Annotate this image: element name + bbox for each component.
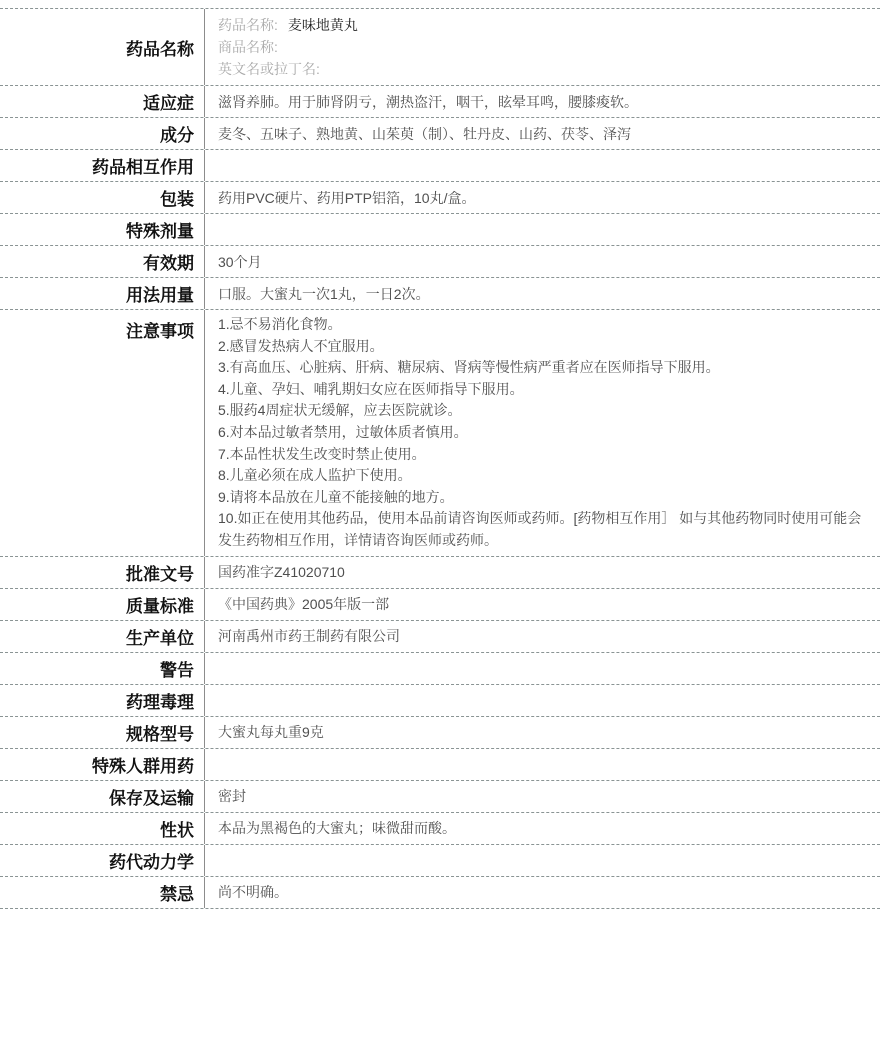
table-row-dosage-usage: 用法用量 口服。大蜜丸一次1丸，一日2次。 bbox=[0, 277, 880, 309]
row-value: 麦冬、五味子、熟地黄、山茱萸（制）、牡丹皮、山药、茯苓、泽泻 bbox=[205, 118, 880, 149]
row-label: 性状 bbox=[0, 813, 205, 844]
row-value: 大蜜丸每丸重9克 bbox=[205, 717, 880, 748]
table-row-drug-name: 药品名称 药品名称:麦味地黄丸 商品名称: 英文名或拉丁名: bbox=[0, 8, 880, 85]
row-value: 密封 bbox=[205, 781, 880, 812]
precaution-item: 7.本品性状发生改变时禁止使用。 bbox=[218, 444, 866, 466]
row-value: 《中国药典》2005年版一部 bbox=[205, 589, 880, 620]
table-row-storage-transport: 保存及运输 密封 bbox=[0, 780, 880, 812]
table-row-description: 性状 本品为黑褐色的大蜜丸；味微甜而酸。 bbox=[0, 812, 880, 844]
table-row-warning: 警告 bbox=[0, 652, 880, 684]
table-row-quality-standard: 质量标准 《中国药典》2005年版一部 bbox=[0, 588, 880, 620]
row-label: 禁忌 bbox=[0, 877, 205, 908]
precaution-item: 3.有高血压、心脏病、肝病、糖尿病、肾病等慢性病严重者应在医师指导下服用。 bbox=[218, 357, 866, 379]
row-label: 药品名称 bbox=[0, 9, 205, 85]
precaution-item: 2.感冒发热病人不宜服用。 bbox=[218, 336, 866, 358]
row-value: 药用PVC硬片、药用PTP铝箔，10丸/盒。 bbox=[205, 182, 880, 213]
row-value: 1.忌不易消化食物。 2.感冒发热病人不宜服用。 3.有高血压、心脏病、肝病、糖… bbox=[205, 310, 880, 556]
row-label: 有效期 bbox=[0, 246, 205, 277]
drug-name-value: 麦味地黄丸 bbox=[288, 17, 358, 33]
precaution-item: 1.忌不易消化食物。 bbox=[218, 314, 866, 336]
row-label: 特殊人群用药 bbox=[0, 749, 205, 780]
row-value: 国药准字Z41020710 bbox=[205, 557, 880, 588]
row-label: 警告 bbox=[0, 653, 205, 684]
field-latin-name: 英文名或拉丁名: bbox=[218, 58, 866, 80]
table-row-shelf-life: 有效期 30个月 bbox=[0, 245, 880, 277]
table-row-approval-number: 批准文号 国药准字Z41020710 bbox=[0, 556, 880, 588]
row-value: 本品为黑褐色的大蜜丸；味微甜而酸。 bbox=[205, 813, 880, 844]
table-row-ingredients: 成分 麦冬、五味子、熟地黄、山茱萸（制）、牡丹皮、山药、茯苓、泽泻 bbox=[0, 117, 880, 149]
row-value bbox=[205, 845, 880, 876]
table-row-pharmacology-toxicology: 药理毒理 bbox=[0, 684, 880, 716]
row-label: 药理毒理 bbox=[0, 685, 205, 716]
table-row-pharmacokinetics: 药代动力学 bbox=[0, 844, 880, 876]
field-drug-name: 药品名称:麦味地黄丸 bbox=[218, 14, 866, 36]
row-value bbox=[205, 653, 880, 684]
row-label: 包装 bbox=[0, 182, 205, 213]
precaution-item: 8.儿童必须在成人监护下使用。 bbox=[218, 465, 866, 487]
table-row-indications: 适应症 滋肾养肺。用于肺肾阴亏，潮热盗汗，咽干，眩晕耳鸣，腰膝痠软。 bbox=[0, 85, 880, 117]
table-row-packaging: 包装 药用PVC硬片、药用PTP铝箔，10丸/盒。 bbox=[0, 181, 880, 213]
row-label: 药品相互作用 bbox=[0, 150, 205, 181]
row-value bbox=[205, 685, 880, 716]
drug-info-table: 药品名称 药品名称:麦味地黄丸 商品名称: 英文名或拉丁名: 适应症 滋肾养肺。… bbox=[0, 8, 880, 909]
precaution-item: 4.儿童、孕妇、哺乳期妇女应在医师指导下服用。 bbox=[218, 379, 866, 401]
row-value bbox=[205, 749, 880, 780]
table-row-manufacturer: 生产单位 河南禹州市药王制药有限公司 bbox=[0, 620, 880, 652]
table-row-drug-interactions: 药品相互作用 bbox=[0, 149, 880, 181]
row-label: 保存及运输 bbox=[0, 781, 205, 812]
row-value bbox=[205, 214, 880, 245]
field-key: 药品名称: bbox=[218, 17, 278, 33]
row-value: 河南禹州市药王制药有限公司 bbox=[205, 621, 880, 652]
row-label: 特殊剂量 bbox=[0, 214, 205, 245]
row-label: 规格型号 bbox=[0, 717, 205, 748]
row-label: 适应症 bbox=[0, 86, 205, 117]
table-row-special-dosage: 特殊剂量 bbox=[0, 213, 880, 245]
row-value: 口服。大蜜丸一次1丸，一日2次。 bbox=[205, 278, 880, 309]
precaution-item: 5.服药4周症状无缓解，应去医院就诊。 bbox=[218, 400, 866, 422]
row-label: 注意事项 bbox=[0, 310, 205, 556]
precaution-item: 9.请将本品放在儿童不能接触的地方。 bbox=[218, 487, 866, 509]
row-value: 药品名称:麦味地黄丸 商品名称: 英文名或拉丁名: bbox=[205, 9, 880, 85]
row-value: 30个月 bbox=[205, 246, 880, 277]
row-label: 生产单位 bbox=[0, 621, 205, 652]
row-label: 药代动力学 bbox=[0, 845, 205, 876]
row-label: 质量标准 bbox=[0, 589, 205, 620]
row-value: 滋肾养肺。用于肺肾阴亏，潮热盗汗，咽干，眩晕耳鸣，腰膝痠软。 bbox=[205, 86, 880, 117]
field-key: 商品名称: bbox=[218, 39, 278, 55]
row-value: 尚不明确。 bbox=[205, 877, 880, 908]
table-row-contraindications: 禁忌 尚不明确。 bbox=[0, 876, 880, 908]
field-key: 英文名或拉丁名: bbox=[218, 61, 320, 77]
row-label: 批准文号 bbox=[0, 557, 205, 588]
precaution-item: 10.如正在使用其他药品，使用本品前请咨询医师或药师。[药物相互作用］ 如与其他… bbox=[218, 508, 866, 551]
table-row-precautions: 注意事项 1.忌不易消化食物。 2.感冒发热病人不宜服用。 3.有高血压、心脏病… bbox=[0, 309, 880, 556]
precaution-item: 6.对本品过敏者禁用，过敏体质者慎用。 bbox=[218, 422, 866, 444]
table-row-special-populations: 特殊人群用药 bbox=[0, 748, 880, 780]
field-trade-name: 商品名称: bbox=[218, 36, 866, 58]
table-row-specification: 规格型号 大蜜丸每丸重9克 bbox=[0, 716, 880, 748]
row-value bbox=[205, 150, 880, 181]
row-label: 成分 bbox=[0, 118, 205, 149]
row-label: 用法用量 bbox=[0, 278, 205, 309]
